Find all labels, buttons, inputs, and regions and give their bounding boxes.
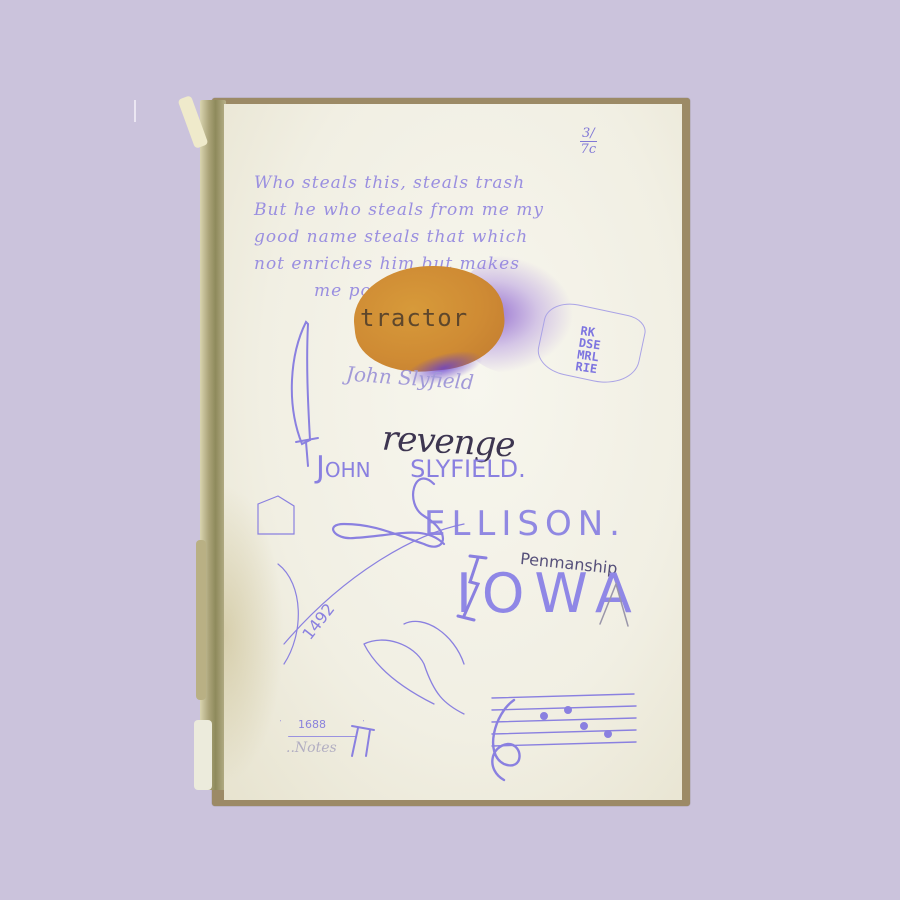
ink-sketches bbox=[224, 104, 682, 800]
book-photo: 3/ 7c Who steals this, steals trash But … bbox=[0, 0, 900, 900]
stray-mark bbox=[134, 100, 136, 122]
music-staff-sketch bbox=[492, 694, 636, 780]
flyleaf-page: 3/ 7c Who steals this, steals trash But … bbox=[224, 104, 682, 800]
loose-binding-strip bbox=[196, 540, 206, 700]
sword-sketch bbox=[292, 322, 310, 444]
frayed-spine-end bbox=[194, 720, 212, 790]
